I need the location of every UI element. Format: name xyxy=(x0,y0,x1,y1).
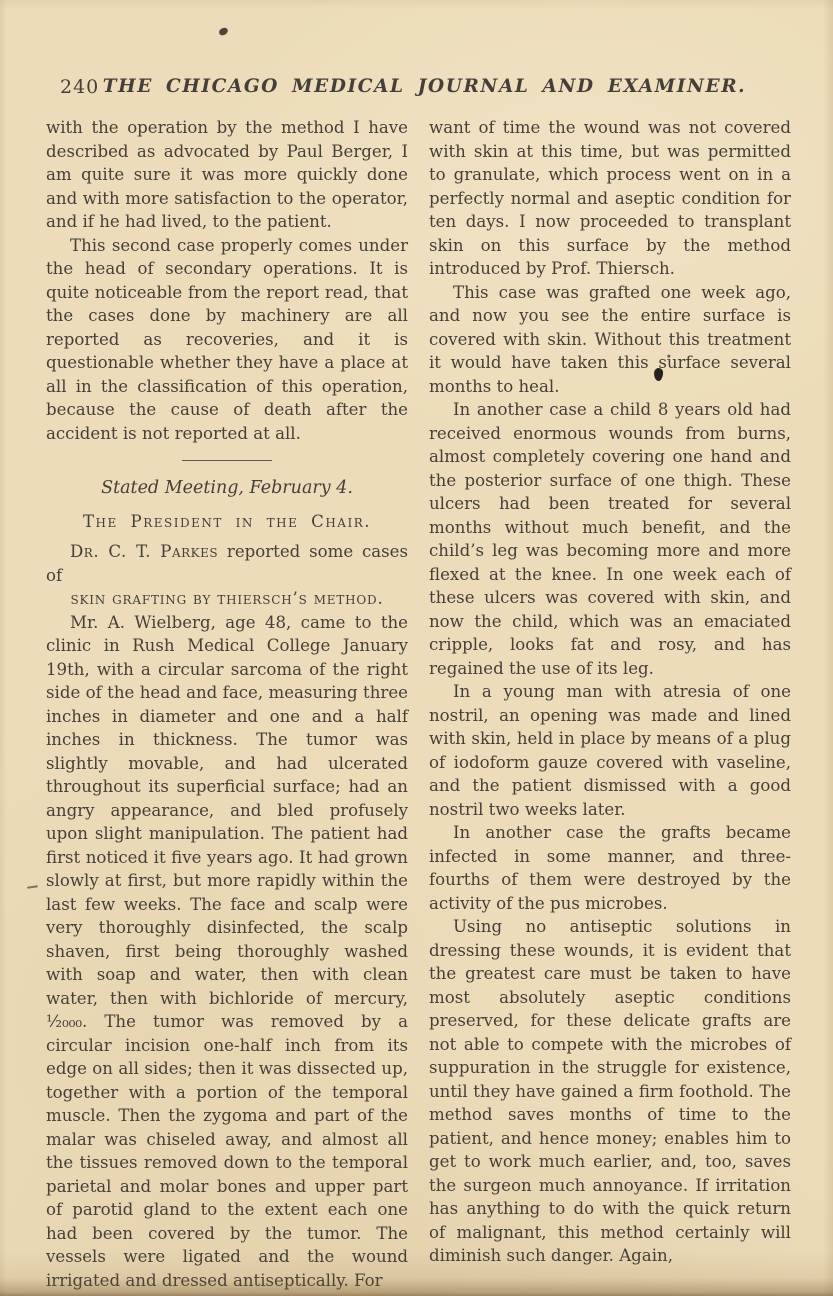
ink-spot xyxy=(218,27,229,36)
body-paragraph: This second case properly comes under th… xyxy=(46,234,408,446)
scanned-journal-page: 240 THE CHICAGO MEDICAL JOURNAL AND EXAM… xyxy=(0,0,833,1296)
meeting-heading: Stated Meeting, February 4. xyxy=(46,477,408,501)
topic-heading: skin grafting by thiersch’s method. xyxy=(46,587,408,611)
section-divider xyxy=(182,460,272,461)
body-paragraph: Using no antiseptic solutions in dressin… xyxy=(429,915,791,1268)
body-paragraph: with the operation by the method I have … xyxy=(46,116,408,234)
running-head: 240 THE CHICAGO MEDICAL JOURNAL AND EXAM… xyxy=(0,76,833,106)
margin-pencil-mark xyxy=(27,885,38,889)
speaker-paragraph: Dr. C. T. Parkes reported some cases of xyxy=(46,540,408,587)
body-paragraph: Mr. A. Wielberg, age 48, came to the cli… xyxy=(46,611,408,1293)
body-paragraph: This case was grafted one week ago, and … xyxy=(429,281,791,399)
speaker-name: Dr. C. T. Parkes xyxy=(70,542,218,561)
journal-title: THE CHICAGO MEDICAL JOURNAL AND EXAMINER… xyxy=(8,76,833,97)
right-column: want of time the wound was not covered w… xyxy=(429,116,791,1292)
text-columns: with the operation by the method I have … xyxy=(46,116,791,1292)
body-paragraph: In another case a child 8 years old had … xyxy=(429,398,791,680)
body-paragraph: In a young man with atresia of one nostr… xyxy=(429,680,791,821)
chair-line: The President in the Chair. xyxy=(46,510,408,534)
left-column: with the operation by the method I have … xyxy=(46,116,408,1292)
body-paragraph: In another case the grafts became infect… xyxy=(429,821,791,915)
body-paragraph: want of time the wound was not covered w… xyxy=(429,116,791,281)
